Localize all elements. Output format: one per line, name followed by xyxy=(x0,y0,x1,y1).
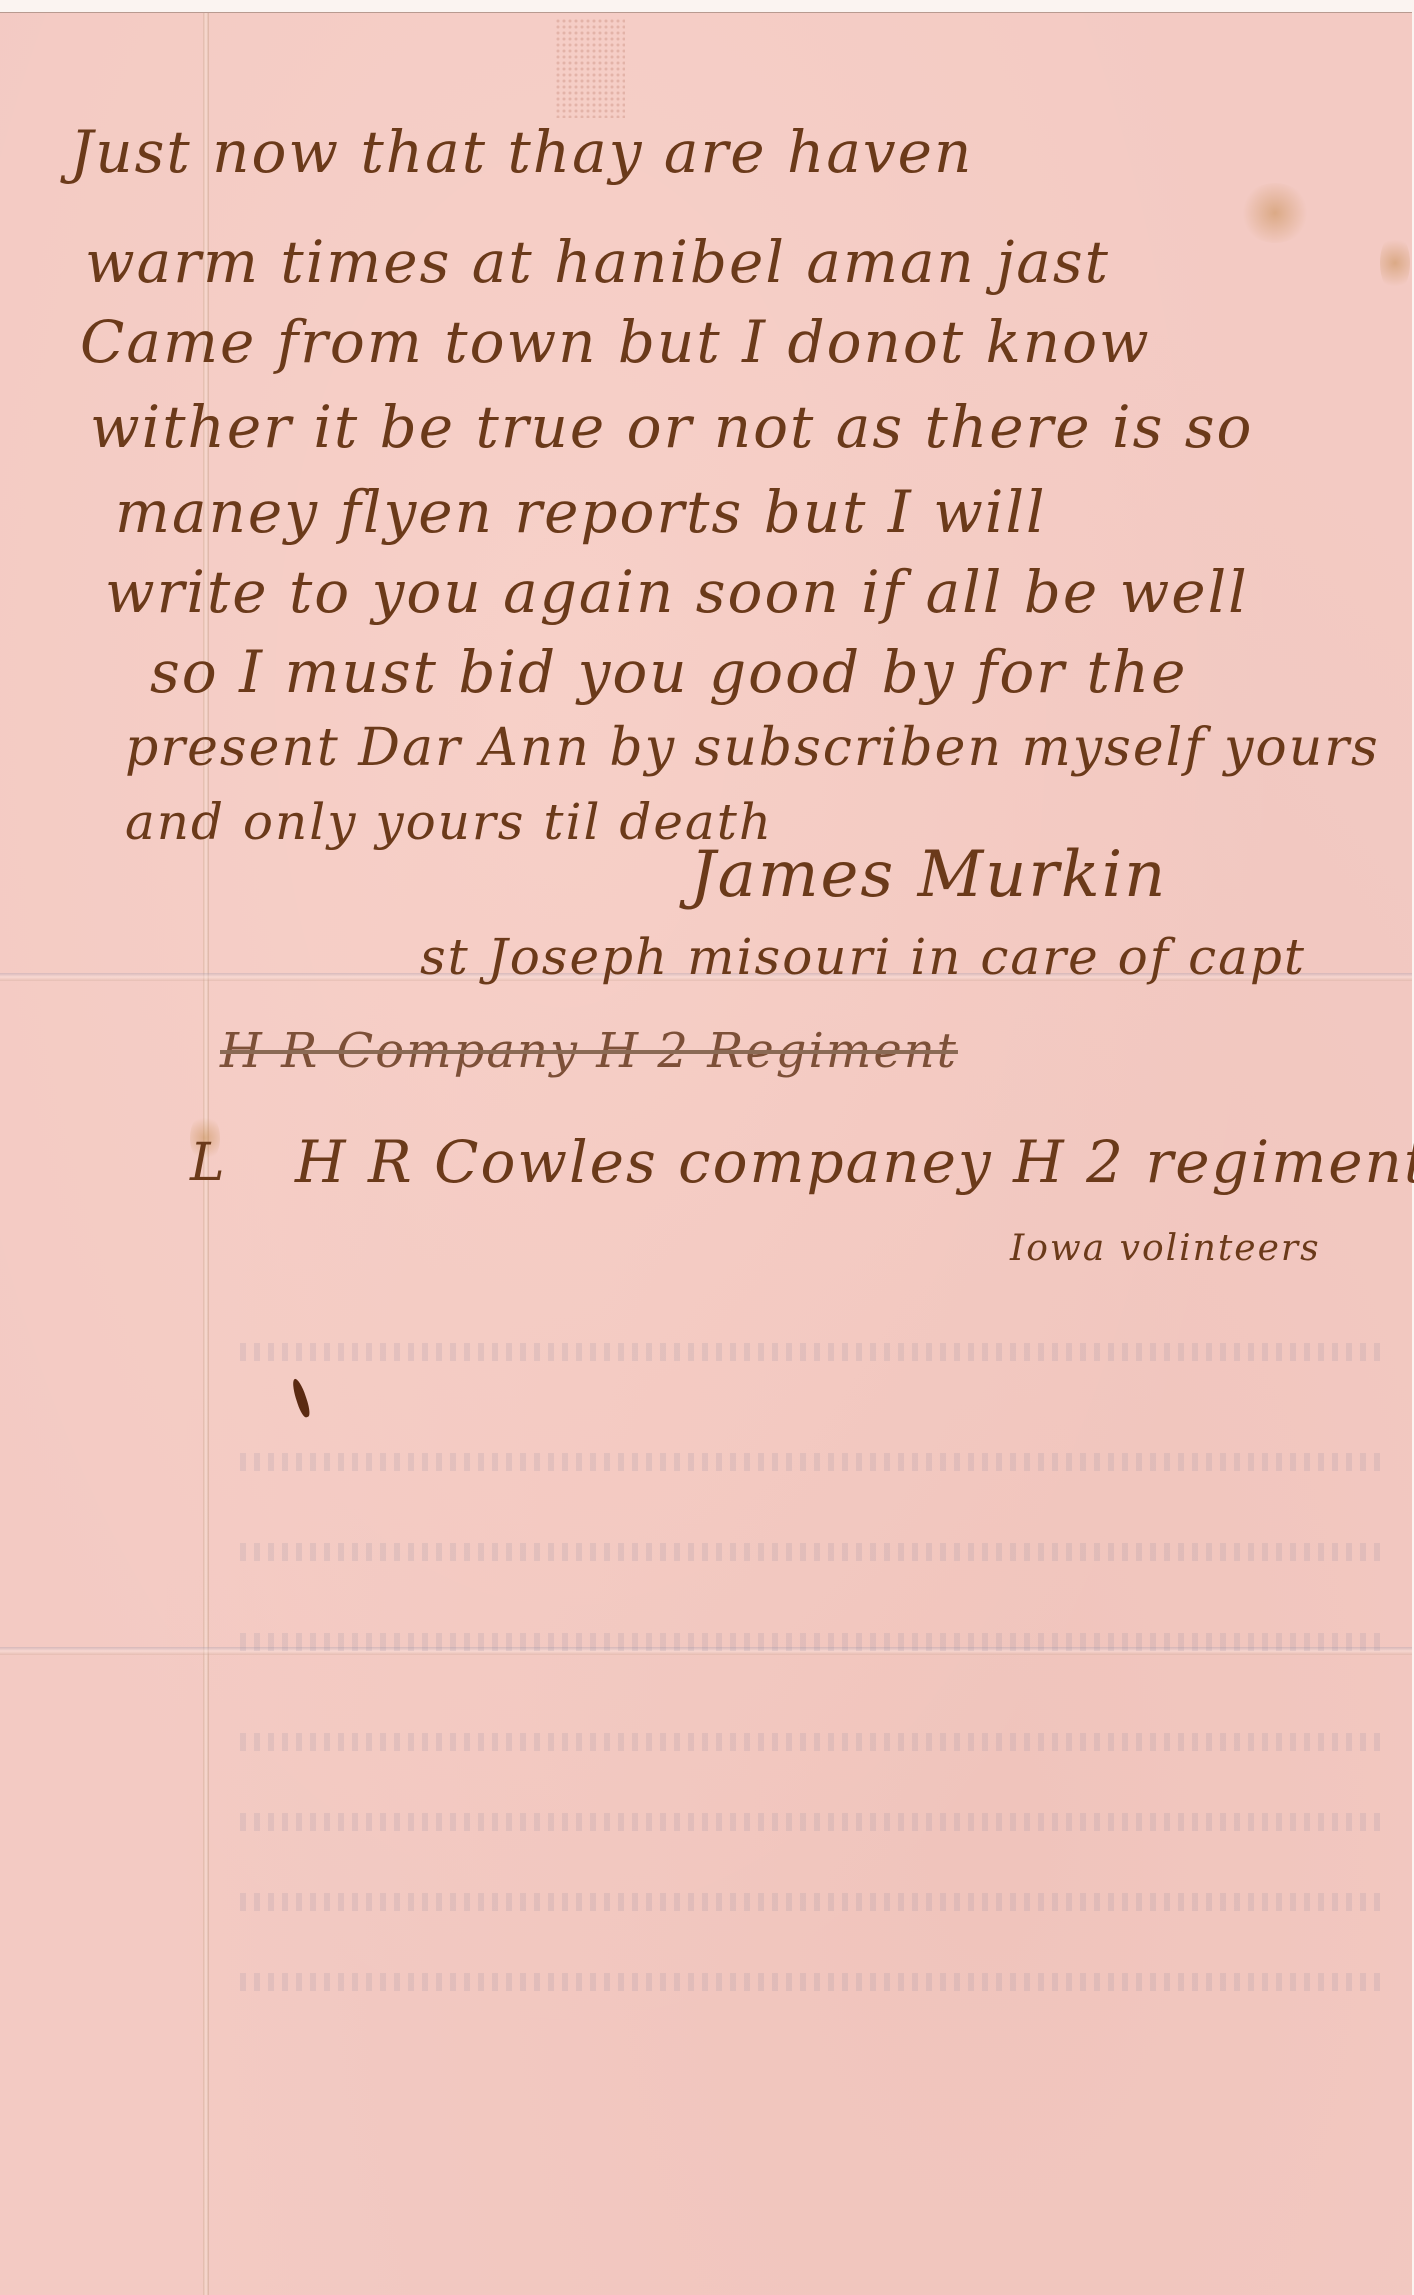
address-line: H R Cowles companey H 2 regiment xyxy=(295,1128,1414,1196)
letter-line: write to you again soon if all be well xyxy=(105,558,1249,626)
bleed-through-text xyxy=(240,1633,1380,1651)
bleed-through-text xyxy=(240,1453,1380,1471)
ink-blot xyxy=(290,1377,312,1418)
address-line-prefix: L xyxy=(190,1133,227,1193)
letter-line: warm times at hanibel aman jast xyxy=(85,228,1110,296)
address-line: Iowa volinteers xyxy=(1010,1228,1321,1269)
paper-stain xyxy=(1380,233,1410,293)
bleed-through-text xyxy=(240,1813,1380,1831)
letter-line: Came from town but I donot know xyxy=(80,308,1151,376)
struck-address-line: H R Company H 2 Regiment xyxy=(220,1023,958,1079)
bleed-through-text xyxy=(240,1733,1380,1751)
paper-stain xyxy=(555,18,625,118)
letter-line: wither it be true or not as there is so xyxy=(90,393,1253,461)
letter-line: so I must bid you good by for the xyxy=(150,638,1187,706)
bleed-through-text xyxy=(240,1543,1380,1561)
letter-line: maney flyen reports but I will xyxy=(115,478,1047,546)
letter-line: present Dar Ann by subscriben myself you… xyxy=(125,718,1380,778)
bleed-through-text xyxy=(240,1893,1380,1911)
letter-line: Just now that thay are haven xyxy=(70,118,973,186)
signature: James Murkin xyxy=(690,838,1167,912)
bleed-through-text xyxy=(240,1973,1380,1991)
letter-line: and only yours til death xyxy=(125,793,773,851)
bleed-through-text xyxy=(240,1343,1380,1361)
letter-paper: Just now that thay are haven warm times … xyxy=(0,12,1412,2295)
paper-stain xyxy=(1240,183,1310,243)
address-line: st Joseph misouri in care of capt xyxy=(420,928,1306,986)
